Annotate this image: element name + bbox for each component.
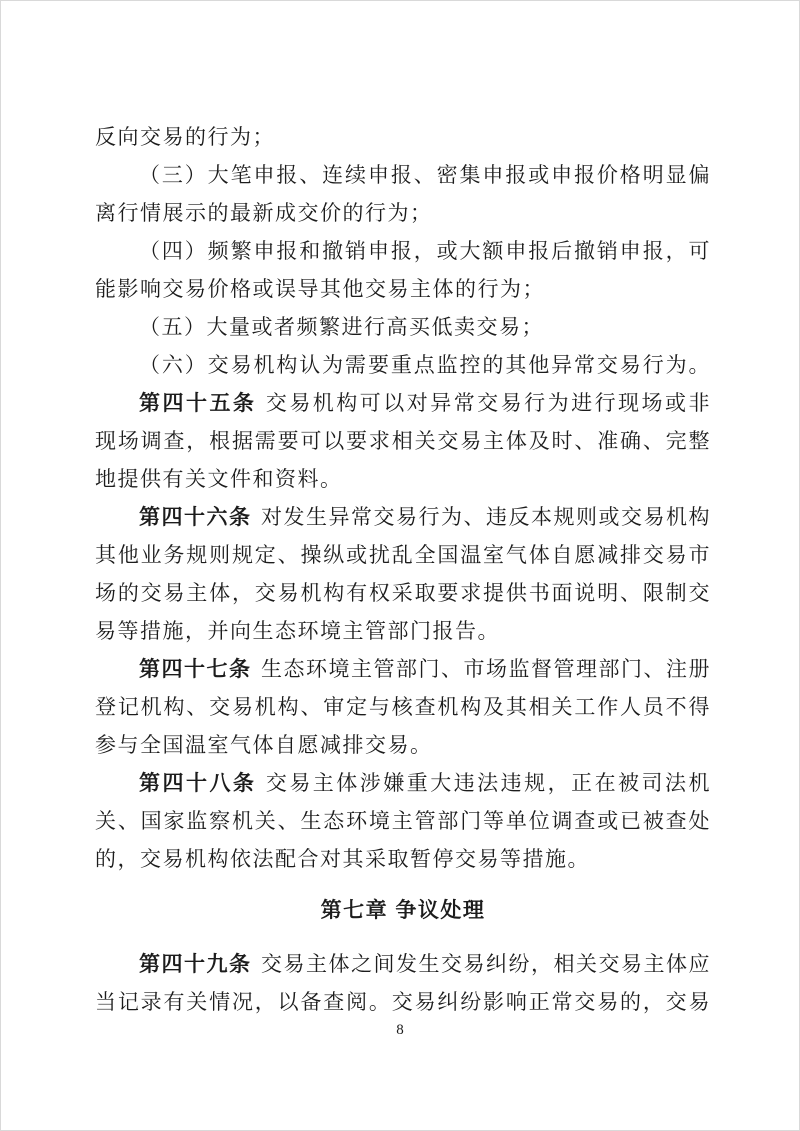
chapter-heading: 第七章 争议处理 — [95, 891, 711, 929]
text-line: （五）大量或者频繁进行高买低卖交易； — [95, 308, 711, 346]
text-segment: 当记录有关情况，以备查阅。交易纠纷影响正常交易的，交易 — [95, 990, 711, 1014]
text-segment: 反向交易的行为； — [95, 125, 275, 149]
text-segment: 的，交易机构依法配合对其采取暂停交易等措施。 — [95, 847, 590, 871]
document-page: 反向交易的行为；（三）大笔申报、连续申报、密集申报或申报价格明显偏离行情展示的最… — [0, 0, 800, 1131]
text-line: 场的交易主体，交易机构有权采取要求提供书面说明、限制交 — [95, 574, 711, 612]
text-line: 第四十八条交易主体涉嫌重大违法违规，正在被司法机 — [95, 764, 711, 802]
text-line: 第四十五条交易机构可以对异常交易行为进行现场或非 — [95, 384, 711, 422]
text-segment: 现场调查，根据需要可以要求相关交易主体及时、准确、完整 — [95, 429, 711, 453]
text-line: 登记机构、交易机构、审定与核查机构及其相关工作人员不得 — [95, 688, 711, 726]
text-line: 的，交易机构依法配合对其采取暂停交易等措施。 — [95, 840, 711, 878]
text-segment: 登记机构、交易机构、审定与核查机构及其相关工作人员不得 — [95, 695, 711, 719]
text-line: （六）交易机构认为需要重点监控的其他异常交易行为。 — [95, 346, 711, 384]
text-line: 易等措施，并向生态环境主管部门报告。 — [95, 612, 711, 650]
text-line: 关、国家监察机关、生态环境主管部门等单位调查或已被查处 — [95, 802, 711, 840]
text-segment: 能影响交易价格或误导其他交易主体的行为； — [95, 277, 545, 301]
text-segment: 生态环境主管部门、市场监督管理部门、注册 — [261, 657, 711, 681]
text-line: 其他业务规则规定、操纵或扰乱全国温室气体自愿减排交易市 — [95, 536, 711, 574]
text-line: 当记录有关情况，以备查阅。交易纠纷影响正常交易的，交易 — [95, 983, 711, 1021]
text-line: （三）大笔申报、连续申报、密集申报或申报价格明显偏 — [95, 156, 711, 194]
text-line: 反向交易的行为； — [95, 118, 711, 156]
text-line: 离行情展示的最新成交价的行为； — [95, 194, 711, 232]
text-segment: 地提供有关文件和资料。 — [95, 467, 343, 491]
text-line: 第四十六条对发生异常交易行为、违反本规则或交易机构 — [95, 498, 711, 536]
text-segment: 离行情展示的最新成交价的行为； — [95, 201, 433, 225]
text-line: 能影响交易价格或误导其他交易主体的行为； — [95, 270, 711, 308]
text-segment: 对发生异常交易行为、违反本规则或交易机构 — [261, 505, 711, 529]
text-line: 地提供有关文件和资料。 — [95, 460, 711, 498]
text-segment: 易等措施，并向生态环境主管部门报告。 — [95, 619, 500, 643]
article-number: 第四十五条 — [139, 392, 256, 415]
text-line: 第四十七条生态环境主管部门、市场监督管理部门、注册 — [95, 650, 711, 688]
article-number: 第四十八条 — [139, 772, 256, 795]
text-segment: （五）大量或者频繁进行高买低卖交易； — [139, 315, 544, 339]
article-number: 第四十七条 — [139, 658, 252, 681]
text-line: 第四十九条交易主体之间发生交易纠纷，相关交易主体应 — [95, 945, 711, 983]
document-body: 反向交易的行为；（三）大笔申报、连续申报、密集申报或申报价格明显偏离行情展示的最… — [95, 118, 711, 1021]
text-segment: 其他业务规则规定、操纵或扰乱全国温室气体自愿减排交易市 — [95, 543, 711, 567]
article-number: 第四十六条 — [139, 506, 252, 529]
text-segment: （三）大笔申报、连续申报、密集申报或申报价格明显偏 — [139, 163, 711, 187]
text-segment: 场的交易主体，交易机构有权采取要求提供书面说明、限制交 — [95, 581, 711, 605]
text-line: 参与全国温室气体自愿减排交易。 — [95, 726, 711, 764]
page-number: 8 — [1, 1017, 799, 1043]
text-segment: 交易主体涉嫌重大违法违规，正在被司法机 — [266, 771, 711, 795]
text-segment: （六）交易机构认为需要重点监控的其他异常交易行为。 — [139, 353, 711, 377]
article-number: 第七章 争议处理 — [321, 899, 486, 922]
text-segment: 参与全国温室气体自愿减排交易。 — [95, 733, 433, 757]
article-number: 第四十九条 — [139, 953, 252, 976]
text-segment: 关、国家监察机关、生态环境主管部门等单位调查或已被查处 — [95, 809, 711, 833]
text-segment: 交易机构可以对异常交易行为进行现场或非 — [266, 391, 711, 415]
text-segment: （四）频繁申报和撤销申报，或大额申报后撤销申报，可 — [139, 239, 711, 263]
text-line: 现场调查，根据需要可以要求相关交易主体及时、准确、完整 — [95, 422, 711, 460]
text-line: （四）频繁申报和撤销申报，或大额申报后撤销申报，可 — [95, 232, 711, 270]
text-segment: 交易主体之间发生交易纠纷，相关交易主体应 — [261, 952, 711, 976]
